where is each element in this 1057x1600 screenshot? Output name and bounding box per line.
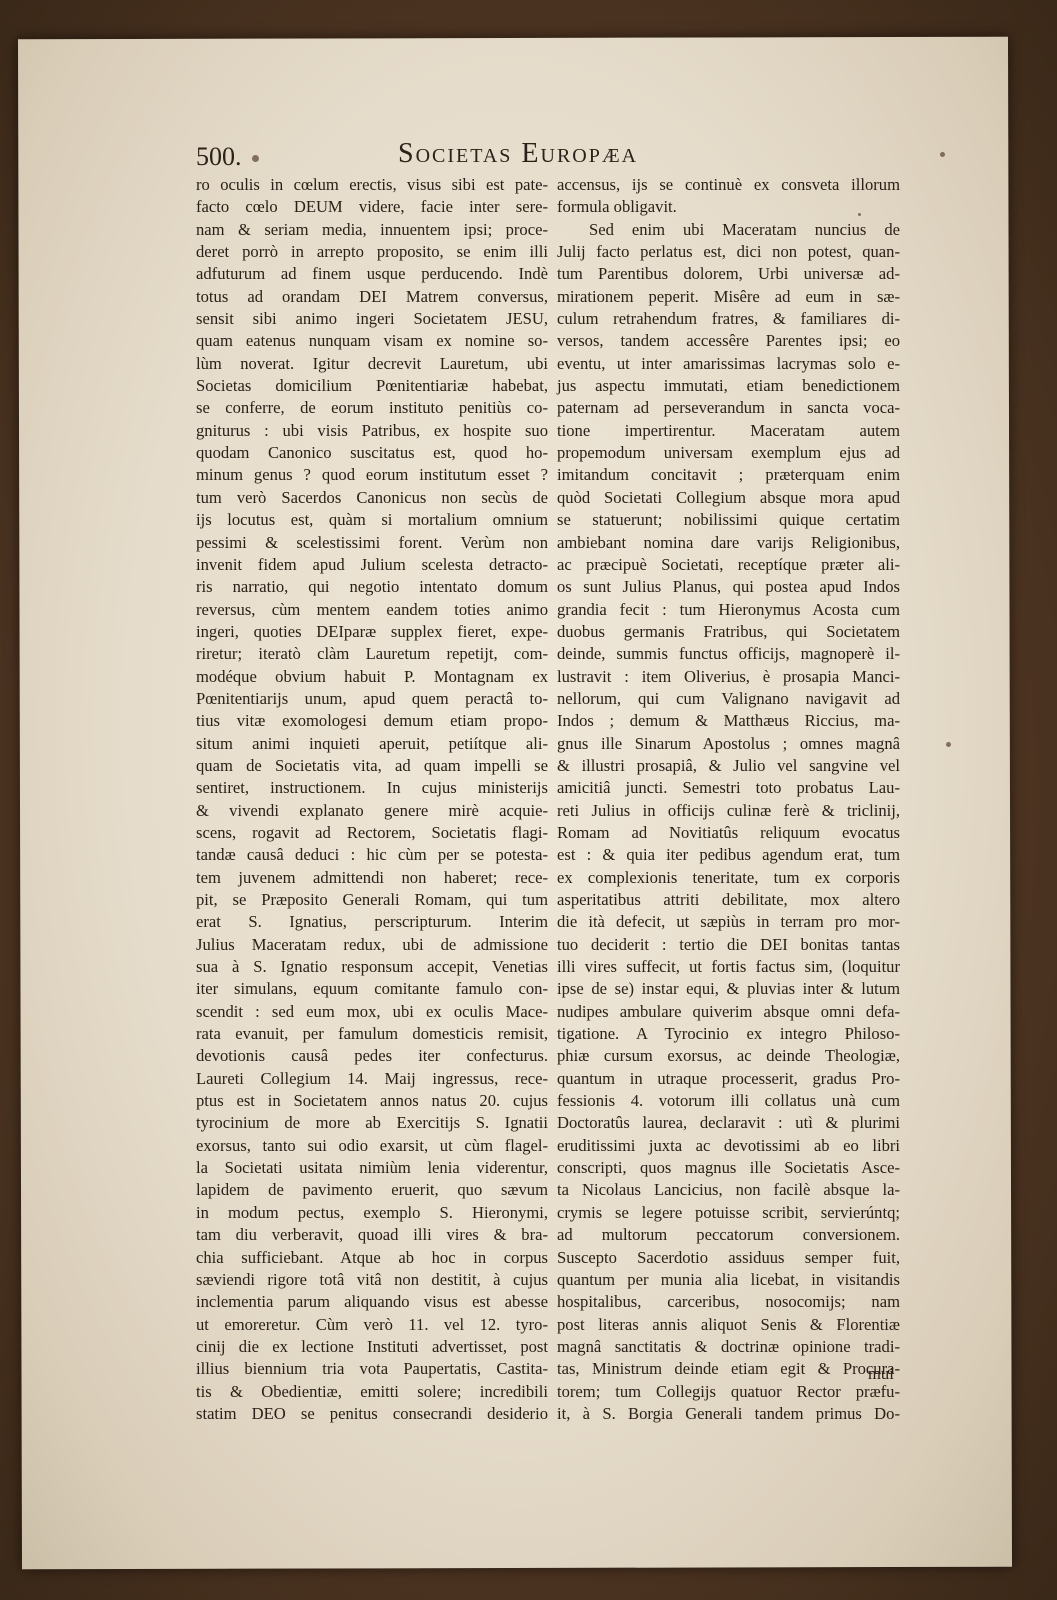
text-line: eventu, ut inter amarissimas lacrymas so…	[557, 353, 900, 375]
text-line: tas, Ministrum deinde etiam egit & Procu…	[557, 1358, 900, 1380]
text-line: hospitalibus, carceribus, nosocomijs; na…	[557, 1291, 900, 1313]
text-line: amicitiâ juncti. Semestri toto probatus …	[557, 777, 900, 799]
text-line: sua à S. Ignatio responsum accepit, Vene…	[196, 956, 548, 978]
text-line: ac præcipuè Societati, receptíque præter…	[557, 554, 900, 576]
text-line: nellorum, qui cum Valignano navigavit ad	[557, 688, 900, 710]
text-line: erat S. Ignatius, perscripturum. Interim	[196, 911, 548, 933]
text-line: inclementia parum aliquando visus est ab…	[196, 1291, 548, 1313]
text-line: mirationem peperit. Misêre ad eum in sæ-	[557, 286, 900, 308]
text-line: modéque obvium habuit P. Montagnam ex	[196, 666, 548, 688]
text-line: propemodum universam exemplum ejus ad	[557, 442, 900, 464]
text-line: sæviendi rigore totâ vitâ non destitit, …	[196, 1269, 548, 1291]
ink-speck	[940, 152, 945, 157]
text-line: sensit sibi animo ingeri Societatem JESU…	[196, 308, 548, 330]
text-line: iter simulans, equum comitante famulo co…	[196, 978, 548, 1000]
text-line: tum verò Sacerdos Canonicus non secùs de	[196, 487, 548, 509]
text-line: culum retrahendum fratres, & familiares …	[557, 308, 900, 330]
text-line: gniturus : ubi visis Patribus, ex hospit…	[196, 420, 548, 442]
text-line: nam & seriam media, innuentem ipsi; proc…	[196, 219, 548, 241]
text-line: paternam ad perseverandum in sancta voca…	[557, 397, 900, 419]
text-line: & illustri prosapiâ, & Julio vel sangvin…	[557, 755, 900, 777]
text-line: reversus, cùm mentem eandem toties animo	[196, 599, 548, 621]
text-line: ad multorum peccatorum conversionem.	[557, 1224, 900, 1246]
text-line: quam eatenus nunquam visam ex nomine so-	[196, 330, 548, 352]
page-header: 500. Societas Europæa	[196, 138, 916, 178]
text-line: adfuturum ad finem usque perducendo. Ind…	[196, 263, 548, 285]
text-line: statim DEO se penitus consecrandi deside…	[196, 1403, 548, 1425]
text-line: quantum per munia alia licebat, in visit…	[557, 1269, 900, 1291]
text-line: rata evanuit, per famulum domesticis rem…	[196, 1023, 548, 1045]
text-line: riretur; iteratò clàm Lauretum repetijt,…	[196, 643, 548, 665]
text-line: lustravit : item Oliverius, è prosapia M…	[557, 666, 900, 688]
text-line: chia sufficiebant. Atque ab hoc in corpu…	[196, 1247, 548, 1269]
text-line: quodam Canonico suscitatus est, quod ho-	[196, 442, 548, 464]
text-line: formula obligavit.	[557, 196, 900, 218]
text-line: tuo deciderit : tertio die DEI bonitas t…	[557, 934, 900, 956]
text-line: scendit : sed eum mox, ubi ex oculis Mac…	[196, 1001, 548, 1023]
text-line: Romam ad Novitiatûs reliquum evocatus	[557, 822, 900, 844]
text-line: ptus est in Societatem annos natus 20. c…	[196, 1090, 548, 1112]
text-line: duobus germanis Fratribus, qui Societate…	[557, 621, 900, 643]
text-line: asperitatibus attriti debilitate, mox al…	[557, 889, 900, 911]
text-line: it, à S. Borgia Generali tandem primus D…	[557, 1403, 900, 1425]
text-line: Julius Maceratam redux, ubi de admission…	[196, 934, 548, 956]
text-line: se statuerunt; nobilissimi quique certat…	[557, 509, 900, 531]
text-line: tigatione. A Tyrocinio ex integro Philos…	[557, 1023, 900, 1045]
text-line: deret porrò in arrepto proposito, se eni…	[196, 241, 548, 263]
text-line: Suscepto Sacerdotio assiduus semper fuit…	[557, 1247, 900, 1269]
text-line: grandia fecit : tum Hieronymus Acosta cu…	[557, 599, 900, 621]
text-line: tius vitæ exomologesi demum etiam propo-	[196, 710, 548, 732]
text-line: tum Parentibus dolorem, Urbi universæ ad…	[557, 263, 900, 285]
text-line: accensus, ijs se continuè ex consveta il…	[557, 174, 900, 196]
text-line: lapidem de pavimento eruerit, quo sævum	[196, 1179, 548, 1201]
text-line: imitandum concitavit ; præterquam enim	[557, 464, 900, 486]
text-line: reti Julius in officijs culinæ ferè & tr…	[557, 800, 900, 822]
text-line: & vivendi explanato genere mirè acquie-	[196, 800, 548, 822]
text-line: exorsus, tanto sui odio exarsit, ut cùm …	[196, 1135, 548, 1157]
text-line: tis & Obedientiæ, emitti solere; incredi…	[196, 1381, 548, 1403]
text-line: phiæ cursum exorsus, ac deinde Theologiæ…	[557, 1045, 900, 1067]
left-column: ro oculis in cœlum erectis, visus sibi e…	[196, 174, 548, 1425]
text-line: Julij facto perlatus est, dici non potes…	[557, 241, 900, 263]
text-line: ro oculis in cœlum erectis, visus sibi e…	[196, 174, 548, 196]
text-line: devotionis causâ pedes iter confecturus.	[196, 1045, 548, 1067]
text-line: ipse de se) instar equi, & pluvias inter…	[557, 978, 900, 1000]
text-line: se conferre, de eorum instituto penitiùs…	[196, 397, 548, 419]
text-line: tam diu verberavit, quoad illi vires & b…	[196, 1224, 548, 1246]
text-line: totus ad orandam DEI Matrem conversus,	[196, 286, 548, 308]
text-line: sentiret, instructionem. In cujus minist…	[196, 777, 548, 799]
ink-speck	[946, 742, 951, 747]
text-line: gnus ille Sinarum Apostolus ; omnes magn…	[557, 733, 900, 755]
text-line: quantum in utraque processerit, gradus P…	[557, 1068, 900, 1090]
text-line: torem; tum Collegijs quatuor Rector præf…	[557, 1381, 900, 1403]
text-line: pessimi & scelestissimi forent. Verùm no…	[196, 532, 548, 554]
page-number: 500.	[196, 142, 242, 172]
text-line: la Societati usitata nimiùm lenia videre…	[196, 1157, 548, 1179]
text-line: ut emoreretur. Cùm verò 11. vel 12. tyro…	[196, 1314, 548, 1336]
text-line: ris narratio, qui negotio intentato domu…	[196, 576, 548, 598]
text-line: fessionis 4. votorum illi collatus unà c…	[557, 1090, 900, 1112]
text-line: ta Nicolaus Lancicius, non facilè absque…	[557, 1179, 900, 1201]
text-line: ambiebant nomina dare varijs Religionibu…	[557, 532, 900, 554]
text-line: nudipes ambulare quiverim absque omni de…	[557, 1001, 900, 1023]
text-line: Societas domicilium Pœnitentiariæ habeba…	[196, 375, 548, 397]
text-line: magnâ sanctitatis & doctrinæ opinione tr…	[557, 1336, 900, 1358]
text-line: Indos ; demum & Matthæus Riccius, ma-	[557, 710, 900, 732]
text-line: Sed enim ubi Maceratam nuncius de	[557, 219, 900, 241]
text-line: post literas annis aliquot Senis & Flore…	[557, 1314, 900, 1336]
text-line: facto cœlo DEUM videre, facie inter sere…	[196, 196, 548, 218]
text-line: in modum pectus, exemplo S. Hieronymi,	[196, 1202, 548, 1224]
text-line: lùm noverat. Igitur decrevit Lauretum, u…	[196, 353, 548, 375]
text-line: est : & quia iter pedibus agendum erat, …	[557, 844, 900, 866]
text-line: Laureti Collegium 14. Maij ingressus, re…	[196, 1068, 548, 1090]
text-line: ijs locutus est, quàm si mortalium omniu…	[196, 509, 548, 531]
text-line: minum genus ? quod eorum institutum esse…	[196, 464, 548, 486]
text-line: deinde, summis functus officijs, magnope…	[557, 643, 900, 665]
text-line: tione impertirentur. Maceratam autem	[557, 420, 900, 442]
text-line: tyrocinium de more ab Exercitijs S. Igna…	[196, 1112, 548, 1134]
text-line: eruditissimi juxta ac devotissimi ab eo …	[557, 1135, 900, 1157]
text-line: os sunt Julius Planus, qui postea apud I…	[557, 576, 900, 598]
text-line: conscripti, quos magnus ille Societatis …	[557, 1157, 900, 1179]
text-line: cinij die ex lectione Instituti advertis…	[196, 1336, 548, 1358]
text-line: Doctoratûs laurea, declaravit : utì & pl…	[557, 1112, 900, 1134]
right-column: accensus, ijs se continuè ex consveta il…	[557, 174, 900, 1425]
text-line: ex complexionis teneritate, tum ex corpo…	[557, 867, 900, 889]
text-line: scens, rogavit ad Rectorem, Societatis f…	[196, 822, 548, 844]
running-title: Societas Europæa	[398, 138, 638, 170]
text-line: die ità defecit, ut sæpiùs in terram pro…	[557, 911, 900, 933]
text-line: illius biennium tria vota Paupertatis, C…	[196, 1358, 548, 1380]
text-line: quam de Societatis vita, ad quam impelli…	[196, 755, 548, 777]
text-line: invenit fidem apud Julium scelesta detra…	[196, 554, 548, 576]
catchword: mui	[868, 1364, 894, 1384]
text-line: Pœnitentiarijs unum, apud quem peractâ t…	[196, 688, 548, 710]
text-line: ingeri, quoties DEIparæ supplex fieret, …	[196, 621, 548, 643]
text-line: pit, se Præposito Generali Romam, qui tu…	[196, 889, 548, 911]
text-line: quòd Societati Collegium absque mora apu…	[557, 487, 900, 509]
text-line: tem juvenem admittendi non haberet; rece…	[196, 867, 548, 889]
text-line: crymis se legere potuisse scribit, servi…	[557, 1202, 900, 1224]
text-line: jus aspectu immutati, etiam benedictione…	[557, 375, 900, 397]
text-line: illi vires suffecit, ut fortis factus si…	[557, 956, 900, 978]
text-line: versos, tandem accessêre Parentes ipsi; …	[557, 330, 900, 352]
text-line: tandæ causâ deduci : hic cùm per se pote…	[196, 844, 548, 866]
text-line: situm animi inquieti aperuit, petiítque …	[196, 733, 548, 755]
